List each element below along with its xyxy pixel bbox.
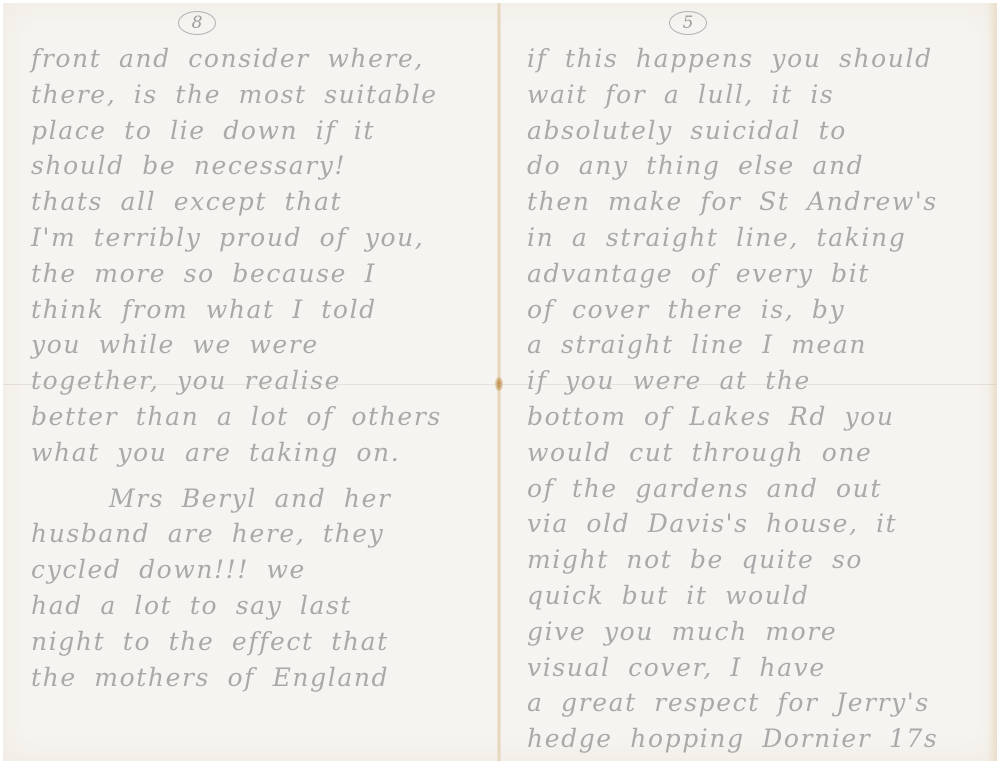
paragraph-start-line: Mrs Beryl and her xyxy=(31,481,491,517)
text-line: I'm terribly proud of you, xyxy=(31,220,491,256)
text-line: via old Davis's house, it xyxy=(527,506,989,542)
text-line: together, you realise xyxy=(31,363,491,399)
text-line: what you are taking on. xyxy=(31,435,491,471)
text-line: if this happens you should xyxy=(527,41,989,77)
text-line: do any thing else and xyxy=(527,148,989,184)
right-page-text: if this happens you should wait for a lu… xyxy=(527,41,989,757)
text-line: husband are here, they xyxy=(31,516,491,552)
right-page: 5 if this happens you should wait for a … xyxy=(501,3,995,761)
text-line: think from what I told xyxy=(31,292,491,328)
text-line: wait for a lull, it is xyxy=(527,77,989,113)
text-line: quick but it would xyxy=(527,578,989,614)
text-line: advantage of every bit xyxy=(527,256,989,292)
text-line: cycled down!!! we xyxy=(31,552,491,588)
text-line: had a lot to say last xyxy=(31,588,491,624)
left-page: 8 front and consider where, there, is th… xyxy=(3,3,497,761)
text-line: night to the effect that xyxy=(31,624,491,660)
text-line: there, is the most suitable xyxy=(31,77,491,113)
text-line: a straight line I mean xyxy=(527,327,989,363)
text-line: might not be quite so xyxy=(527,542,989,578)
left-page-text: front and consider where, there, is the … xyxy=(31,41,491,695)
text-line: of the gardens and out xyxy=(527,471,989,507)
text-line: give you much more xyxy=(527,614,989,650)
text-line: hedge hopping Dornier 17s xyxy=(527,721,989,757)
text-line: visual cover, I have xyxy=(527,650,989,686)
text-line: front and consider where, xyxy=(31,41,491,77)
text-line: the mothers of England xyxy=(31,660,491,696)
text-line: place to lie down if it xyxy=(31,113,491,149)
text-line: then make for St Andrew's xyxy=(527,184,989,220)
page-number-right: 5 xyxy=(669,11,707,35)
text-line: you while we were xyxy=(31,327,491,363)
page-number-left: 8 xyxy=(178,11,216,35)
letter-sheet: 8 front and consider where, there, is th… xyxy=(3,3,997,761)
text-line: if you were at the xyxy=(527,363,989,399)
text-line: of cover there is, by xyxy=(527,292,989,328)
text-line: in a straight line, taking xyxy=(527,220,989,256)
text-line: bottom of Lakes Rd you xyxy=(527,399,989,435)
text-line: absolutely suicidal to xyxy=(527,113,989,149)
text-line: would cut through one xyxy=(527,435,989,471)
text-line: thats all except that xyxy=(31,184,491,220)
text-line: a great respect for Jerry's xyxy=(527,685,989,721)
text-line: better than a lot of others xyxy=(31,399,491,435)
text-line: should be necessary! xyxy=(31,148,491,184)
text-line: the more so because I xyxy=(31,256,491,292)
